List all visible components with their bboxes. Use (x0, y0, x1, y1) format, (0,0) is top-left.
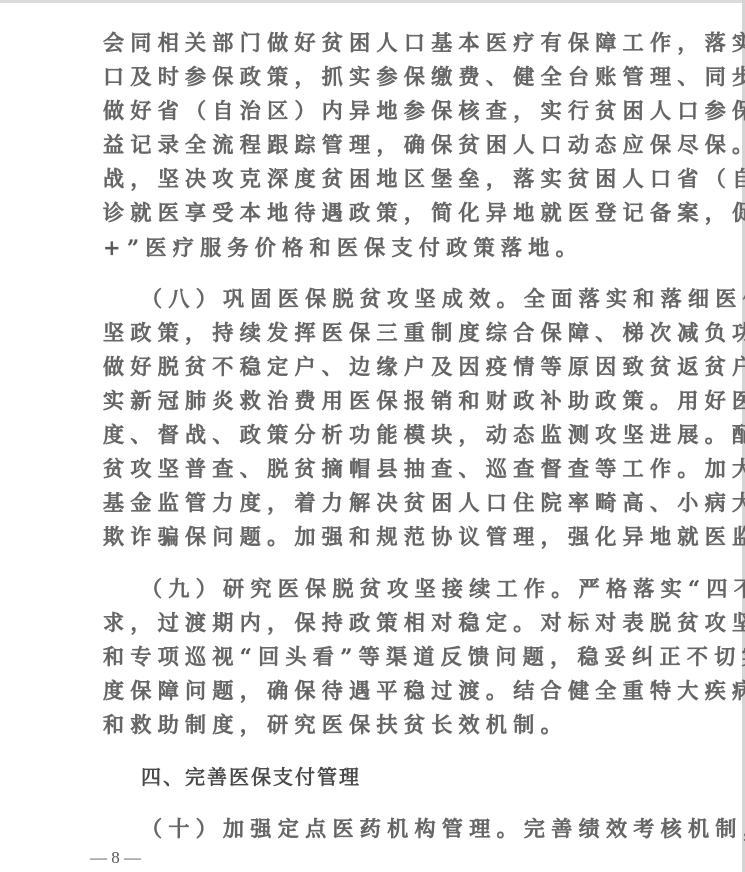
section-heading: 四、完善医保支付管理 (141, 760, 361, 794)
text-line: 会同相关部门做好贫困人口基本医疗有保障工作，落实新增贫困人 (103, 26, 663, 60)
text-line: +”医疗服务价格和医保支付政策落地。 (103, 231, 663, 265)
text-line: 实新冠肺炎救治费用医保报销和财政补助政策。用好医保扶贫调 (103, 384, 663, 418)
paragraph-10-first-line: （十）加强定点医药机构管理。完善绩效考核机制，形成基于协 (141, 812, 701, 846)
text-line: 口及时参保政策，抓实参保缴费、健全台账管理、同步基础信息， (103, 60, 663, 94)
text-line: 坚政策，持续发挥医保三重制度综合保障、梯次减负功能。协同 (103, 316, 663, 350)
text-line: 做好省（自治区）内异地参保核查，实行贫困人口参保、缴费、权 (103, 94, 663, 128)
text-line: 贫攻坚普查、脱贫摘帽县抽查、巡查督查等工作。加大贫困地区 (103, 452, 663, 486)
text-line: 欺诈骗保问题。加强和规范协议管理，强化异地就医监管。 (103, 520, 663, 554)
text-line: 基金监管力度，着力解决贫困人口住院率畸高、小病大治大养及 (103, 486, 663, 520)
paragraph-9-first-line: （九）研究医保脱贫攻坚接续工作。严格落实“四不摘”要 (141, 572, 701, 606)
text-line: 度、督战、政策分析功能模块，动态监测攻坚进展。配合做好脱 (103, 418, 663, 452)
text-line: 和专项巡视“回头看”等渠道反馈问题，稳妥纠正不切实际的过 (103, 640, 663, 674)
text-line: 求，过渡期内，保持政策相对稳定。对标对表脱贫攻坚成效考核 (103, 606, 663, 640)
text-line: 战，坚决攻克深度贫困地区堡垒，落实贫困人口省（自治区）内转 (103, 162, 663, 196)
text-line: 和救助制度，研究医保扶贫长效机制。 (103, 708, 663, 742)
text-line: 做好脱贫不稳定户、边缘户及因疫情等原因致贫返贫户监测，落 (103, 350, 663, 384)
text-line: 度保障问题，确保待遇平稳过渡。结合健全重特大疾病医疗保险 (103, 674, 663, 708)
paragraph-8-first-line: （八）巩固医保脱贫攻坚成效。全面落实和落细医保脱贫攻 (141, 282, 701, 316)
page-number: — 8 — (90, 846, 141, 870)
text-line: 益记录全流程跟踪管理，确保贫困人口动态应保尽保。抓好挂牌督 (103, 128, 663, 162)
text-line: 诊就医享受本地待遇政策，简化异地就医登记备案，促进“互联网 (103, 196, 663, 230)
